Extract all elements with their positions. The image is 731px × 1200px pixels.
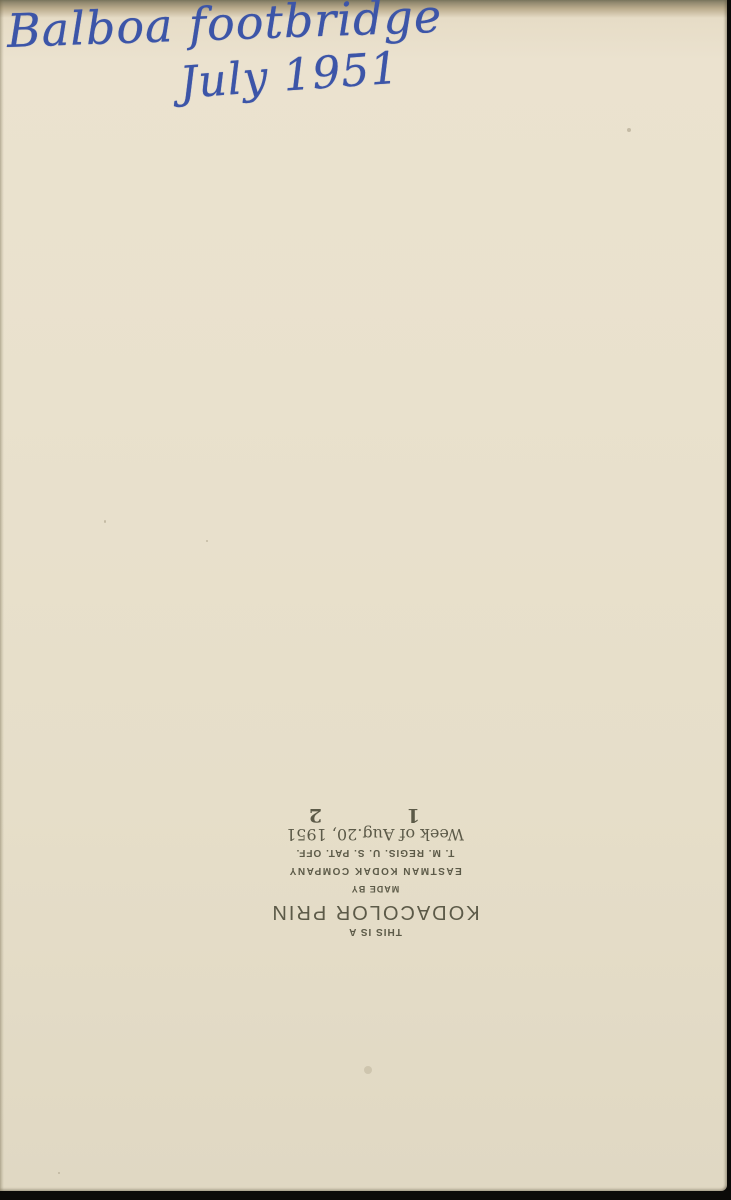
- photo-back: Balboa footbridge July 1951 THIS IS A KO…: [0, 0, 727, 1191]
- stamp-this-is-a: THIS IS A: [250, 926, 500, 936]
- stamp-number-2: 2: [309, 805, 322, 824]
- stamp-made-by: MADE BY: [250, 884, 500, 893]
- paper-speck: [58, 1172, 60, 1174]
- kodacolor-stamp: THIS IS A KODACOLOR PRIN MADE BY EASTMAN…: [250, 782, 500, 942]
- stamp-numbers: 1 2: [250, 800, 500, 824]
- paper-speck: [627, 128, 631, 132]
- stamp-product: KODACOLOR PRIN: [250, 902, 500, 922]
- handwritten-date: July 1951: [178, 43, 401, 109]
- stamp-week: Week of Aug.20, 1951: [250, 826, 500, 842]
- stamp-number-1: 1: [407, 805, 420, 824]
- stamp-trademark: T. M. REGIS. U. S. PAT. OFF.: [250, 847, 500, 857]
- paper-speck: [104, 520, 106, 523]
- stamp-company: EASTMAN KODAK COMPANY: [250, 865, 500, 875]
- paper-speck: [206, 540, 208, 542]
- paper-speck: [364, 1066, 372, 1074]
